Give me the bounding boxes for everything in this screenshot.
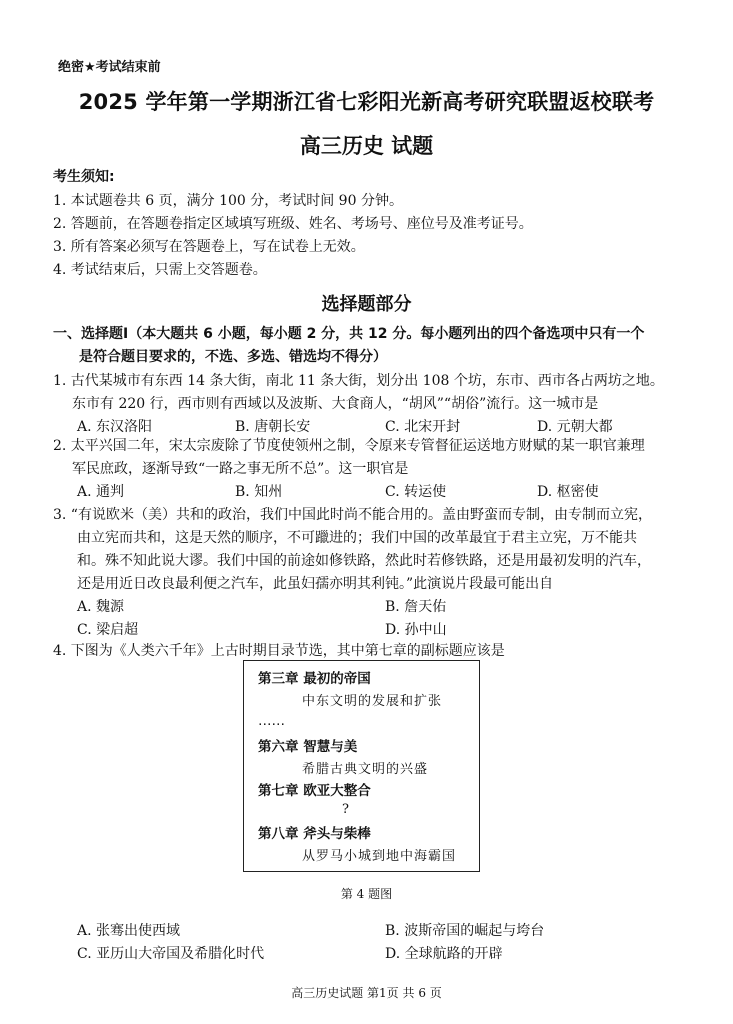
question-text: 东市有 220 行，西市则有西域以及波斯、大食商人，“胡风”“胡俗”流行。这一城… [72, 393, 598, 413]
toc-subtitle-6: 希腊古典文明的兴盛 [302, 758, 428, 777]
question-text: 4. 下图为《人类六千年》上古时期目录节选，其中第七章的副标题应该是 [53, 640, 505, 660]
option-d: D. 全球航路的开辟 [385, 943, 503, 963]
question-text: 1. 古代某城市有东西 14 条大街，南北 11 条大街，划分出 108 个坊，… [53, 370, 664, 390]
question-text: 军民庶政，逐渐导致“一路之事无所不总”。这一职官是 [72, 458, 408, 478]
question-text: 还是用近日改良最利便之汽车，此虽妇孺亦明其利钝。”此演说片段最可能出自 [77, 573, 553, 593]
option-b: B. 知州 [235, 481, 282, 501]
exam-subtitle: 高三历史 试题 [0, 130, 733, 160]
part-instructions-line1: 一、选择题Ⅰ（本大题共 6 小题，每小题 2 分，共 12 分。每小题列出的四个… [53, 323, 644, 343]
page-footer: 高三历史试题 第1页 共 6 页 [0, 984, 733, 1001]
option-c: C. 梁启超 [77, 619, 138, 639]
question-text: 3. “有说欧米（美）共和的政治，我们中国此时尚不能合用的。盖由野蛮而专制，由专… [53, 504, 652, 524]
option-c: C. 北宋开封 [385, 416, 460, 436]
part-instructions-line2: 是符合题目要求的，不选、多选、错选均不得分） [79, 346, 387, 366]
option-a: A. 东汉洛阳 [77, 416, 152, 436]
toc-chapter-6: 第六章 智慧与美 [258, 735, 357, 755]
figure-caption: 第 4 题图 [0, 885, 733, 902]
option-a: A. 通判 [77, 481, 124, 501]
toc-chapter-8: 第八章 斧头与柴棒 [258, 822, 371, 842]
option-b: B. 詹天佑 [385, 596, 446, 616]
confidential-label: 绝密★考试结束前 [58, 56, 161, 75]
question-text: 由立宪而共和，这是天然的顺序，不可躐进的；我们中国的改革最宜于君主立宪，万不能共 [77, 527, 637, 547]
option-a: A. 张骞出使西域 [77, 920, 180, 940]
notice-heading: 考生须知: [53, 166, 115, 186]
toc-ellipsis: …… [258, 713, 285, 729]
table-of-contents-figure: 第三章 最初的帝国 中东文明的发展和扩张 …… 第六章 智慧与美 希腊古典文明的… [243, 660, 480, 872]
notice-item: 1. 本试题卷共 6 页，满分 100 分，考试时间 90 分钟。 [53, 190, 403, 210]
option-b: B. 波斯帝国的崛起与垮台 [385, 920, 544, 940]
question-text: 和。殊不知此说大谬。我们中国的前途如修铁路，然此时若修铁路，还是用最初发明的汽车… [77, 550, 651, 570]
toc-subtitle-7-unknown: ? [342, 802, 350, 817]
notice-item: 2. 答题前，在答题卷指定区域填写班级、姓名、考场号、座位号及准考证号。 [53, 213, 533, 233]
toc-subtitle-3: 中东文明的发展和扩张 [302, 690, 442, 709]
notice-item: 3. 所有答案必须写在答题卷上，写在试卷上无效。 [53, 236, 365, 256]
question-text: 2. 太平兴国二年，宋太宗废除了节度使领州之制，令原来专管督征运送地方财赋的某一… [53, 435, 645, 455]
section-title: 选择题部分 [0, 290, 733, 316]
option-b: B. 唐朝长安 [235, 416, 310, 436]
notice-item: 4. 考试结束后，只需上交答题卷。 [53, 259, 267, 279]
toc-chapter-7: 第七章 欧亚大整合 [258, 779, 371, 799]
option-d: D. 元朝大都 [537, 416, 613, 436]
option-d: D. 枢密使 [537, 481, 599, 501]
toc-subtitle-8: 从罗马小城到地中海霸国 [302, 845, 456, 864]
exam-title: 2025 学年第一学期浙江省七彩阳光新高考研究联盟返校联考 [0, 86, 733, 116]
toc-chapter-3: 第三章 最初的帝国 [258, 667, 371, 687]
option-c: C. 亚历山大帝国及希腊化时代 [77, 943, 264, 963]
option-c: C. 转运使 [385, 481, 446, 501]
option-a: A. 魏源 [77, 596, 124, 616]
option-d: D. 孙中山 [385, 619, 447, 639]
